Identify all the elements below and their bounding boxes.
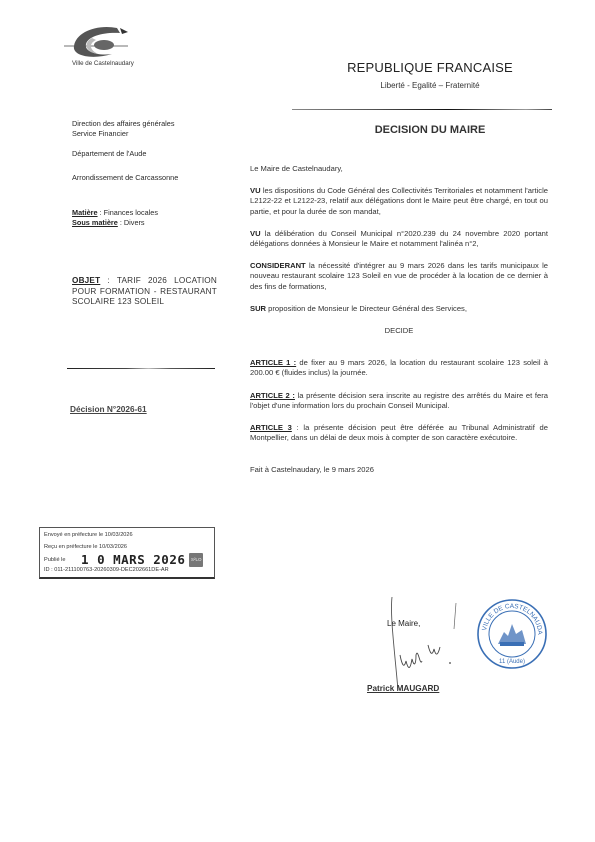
sur-lead: SUR (250, 304, 266, 313)
signatory-name: Patrick MAUGARD (367, 684, 439, 693)
decision-body: Le Maire de Castelnaudary, VU les dispos… (250, 164, 548, 488)
article-label: ARTICLE 3 (250, 423, 292, 432)
decision-number: Décision N°2026-61 (70, 404, 147, 414)
header-divider (292, 109, 552, 110)
departement-label: Département de l'Aude (72, 149, 217, 159)
sous-matiere-value: : Divers (118, 218, 145, 227)
article-text: : la présente décision peut être déférée… (250, 423, 548, 442)
svg-text:VILLE DE CASTELNAUDARY: VILLE DE CASTELNAUDARY (476, 598, 543, 635)
direction-label: Direction des affaires générales (72, 119, 217, 129)
article-label: ARTICLE 2 : (250, 391, 295, 400)
republic-motto: Liberté - Egalité – Fraternité (300, 81, 560, 90)
city-seal-icon: VILLE DE CASTELNAUDARY 11 (Aude) (476, 598, 548, 670)
vu-paragraph-1: VU les dispositions du Code Général des … (250, 186, 548, 217)
document-title: DECISION DU MAIRE (300, 124, 560, 136)
republic-title: REPUBLIQUE FRANCAISE (300, 60, 560, 75)
prefecture-stamp: Envoyé en préfecture le 10/03/2026 Reçu … (39, 527, 215, 579)
considerant-paragraph: CONSIDERANT la nécessité d'intégrer au 9… (250, 261, 548, 292)
city-logo-icon (62, 24, 142, 60)
vu-text: les dispositions du Code Général des Col… (250, 186, 548, 215)
subject-label: OBJET (72, 276, 100, 285)
service-label: Service Financier (72, 129, 217, 139)
vu-text: la délibération du Conseil Municipal n°2… (250, 229, 548, 248)
article-1: ARTICLE 1 : de fixer au 9 mars 2026, la … (250, 358, 548, 378)
sur-paragraph: SUR proposition de Monsieur le Directeur… (250, 304, 548, 314)
considerant-lead: CONSIDERANT (250, 261, 306, 270)
vu-lead: VU (250, 229, 261, 238)
stamp-published-label: Publié le (44, 557, 65, 563)
sous-matiere-label: Sous matière (72, 218, 118, 227)
arrondissement-label: Arrondissement de Carcassonne (72, 173, 217, 183)
article-3: ARTICLE 3 : la présente décision peut êt… (250, 423, 548, 443)
vu-paragraph-2: VU la délibération du Conseil Municipal … (250, 229, 548, 249)
article-2: ARTICLE 2 : la présente décision sera in… (250, 391, 548, 411)
matiere-value: : Finances locales (98, 208, 158, 217)
stamp-published-line: Publié le 1 0 MARS 2026 S²LO (44, 553, 210, 565)
sur-text: proposition de Monsieur le Directeur Gén… (266, 304, 467, 313)
place-date: Fait à Castelnaudary, le 9 mars 2026 (250, 465, 548, 475)
matiere-line: Matière : Finances locales (72, 208, 217, 218)
city-name-caption: Ville de Castelnaudary (72, 60, 134, 67)
subject-block: OBJET : TARIF 2026 LOCATION POUR FORMATI… (72, 276, 217, 308)
sous-matiere-line: Sous matière : Divers (72, 218, 217, 228)
slo-badge-icon: S²LO (189, 553, 204, 567)
article-text: la présente décision sera inscrite au re… (250, 391, 548, 410)
issuer-info: Direction des affaires générales Service… (72, 119, 217, 228)
article-label: ARTICLE 1 : (250, 358, 296, 367)
vu-lead: VU (250, 186, 261, 195)
matiere-label: Matière (72, 208, 98, 217)
decide-heading: DECIDE (250, 326, 548, 336)
signatory-title: Le Maire, (387, 619, 420, 628)
intro-line: Le Maire de Castelnaudary, (250, 164, 548, 174)
left-divider (67, 368, 215, 369)
stamp-sent-line: Envoyé en préfecture le 10/03/2026 (44, 530, 210, 542)
handwritten-signature-icon (380, 595, 470, 695)
stamp-id-line: ID : 011-211100763-20260309-DEC202661DE-… (44, 565, 210, 577)
svg-text:11 (Aude): 11 (Aude) (499, 659, 525, 665)
